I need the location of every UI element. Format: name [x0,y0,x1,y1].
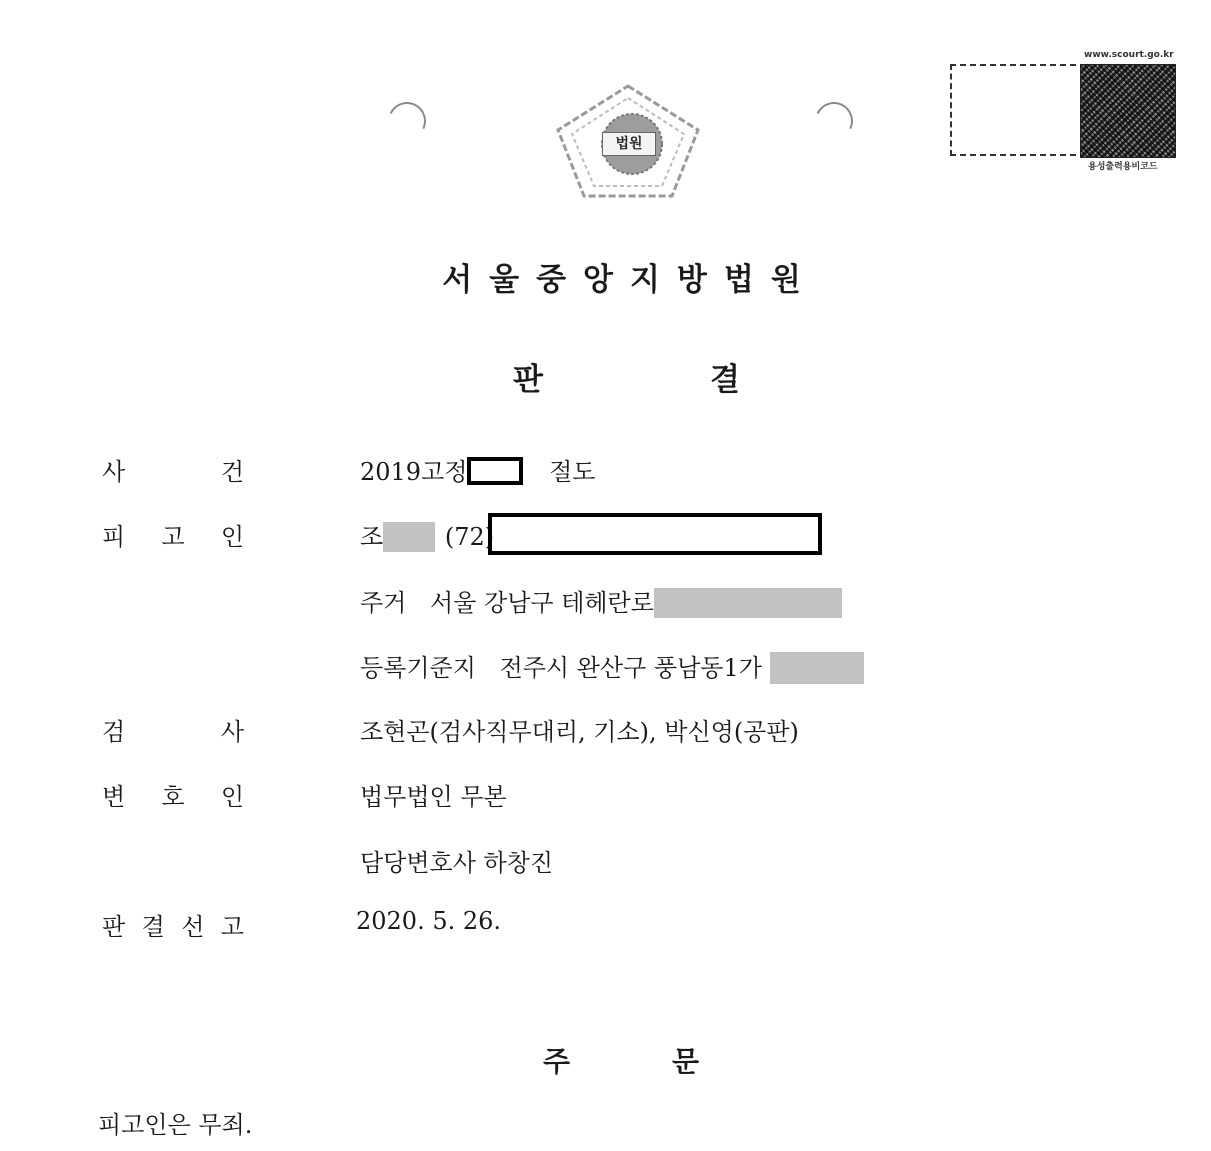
qr-code-icon [1080,64,1176,158]
label-char: 검 [102,712,125,747]
verification-box [950,64,1176,156]
corner-arc-right [810,97,859,146]
court-name: 서울중앙지방법원 [0,254,1211,299]
label-char: 피 [102,517,125,552]
counsel-label: 변 호 인 [102,777,244,812]
label-char: 고 [221,907,244,942]
registration-value: 전주시 완산구 풍남동1가 [500,654,762,682]
case-value: 2019고정 절도 [360,452,595,487]
registration-line: 등록기준지 전주시 완산구 풍남동1가 [360,648,864,684]
label-char: 인 [221,517,244,552]
prosecutor-label: 검 사 [102,712,244,747]
label-char: 인 [221,777,244,812]
residence-label: 주거 [360,589,406,617]
document-title-char-2: 결 [710,354,740,399]
residence-line: 주거 서울 강남구 테헤란로 [360,583,842,618]
order-title-char-1: 주 [543,1040,570,1080]
defendant-name-prefix: 조 [360,523,383,551]
redaction-box [467,457,523,485]
label-char: 사 [221,712,244,747]
corner-arc-left [383,97,432,146]
prosecutor-value: 조현곤(검사직무대리, 기소), 박신영(공판) [360,712,799,747]
defendant-label: 피 고 인 [102,517,244,552]
label-char: 건 [221,452,244,487]
sentencing-label: 판 결 선 고 [102,907,244,942]
verification-caption: 용성출력용비코드 [1088,159,1158,172]
order-title-char-2: 문 [672,1040,699,1080]
verification-url: www.scourt.go.kr [1084,50,1174,60]
registration-label: 등록기준지 [360,654,476,682]
redaction-grey [654,588,842,618]
defendant-value: 조 (72) [360,517,822,555]
label-char: 결 [142,907,165,942]
emblem-label: 법원 [602,132,656,156]
counsel-firm: 법무법인 무본 [360,777,507,812]
document-title-char-1: 판 [513,354,543,399]
redaction-grey [770,652,864,684]
redaction-grey [383,522,435,552]
label-char: 호 [161,777,184,812]
counsel-attorney: 담당변호사 하창진 [360,843,553,878]
ruling-text: 피고인은 무죄. [98,1105,252,1140]
defendant-age: (72) [445,523,494,551]
case-label: 사 건 [102,452,244,487]
label-char: 변 [102,777,125,812]
label-char: 고 [161,517,184,552]
redaction-box [488,513,822,555]
sentencing-date: 2020. 5. 26. [356,907,501,935]
residence-value: 서울 강남구 테헤란로 [430,589,654,617]
case-charge: 절도 [549,458,595,486]
label-char: 선 [181,907,204,942]
label-char: 사 [102,452,125,487]
court-emblem-icon: 법원 [548,80,708,200]
case-number-prefix: 2019고정 [360,458,467,486]
label-char: 판 [102,907,125,942]
